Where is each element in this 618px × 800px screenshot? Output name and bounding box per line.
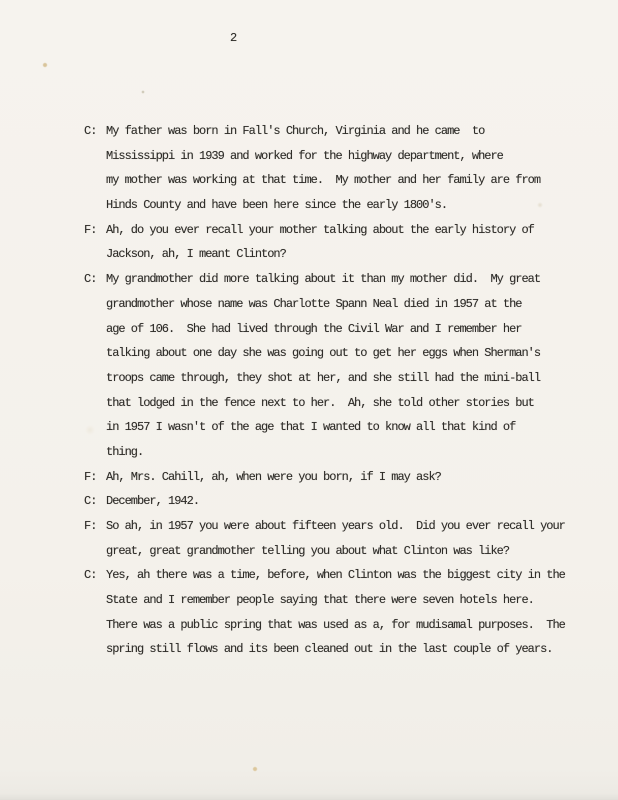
- transcript-entry: C: December, 1942.: [84, 489, 584, 514]
- transcript-line: Ah, do you ever recall your mother talki…: [106, 218, 584, 243]
- transcript-line: great, great grandmother telling you abo…: [106, 539, 584, 564]
- speaker-label: F:: [84, 218, 106, 243]
- speaker-label: F:: [84, 465, 106, 490]
- speaker-label: C:: [84, 489, 106, 514]
- entry-lines: So ah, in 1957 you were about fifteen ye…: [106, 514, 584, 563]
- transcript-line: age of 106. She had lived through the Ci…: [106, 317, 584, 342]
- speaker-label: C:: [84, 267, 106, 292]
- transcript-entry: F: Ah, Mrs. Cahill, ah, when were you bo…: [84, 465, 584, 490]
- transcript-line: that lodged in the fence next to her. Ah…: [106, 391, 584, 416]
- transcript-line: talking about one day she was going out …: [106, 341, 584, 366]
- transcript-line: So ah, in 1957 you were about fifteen ye…: [106, 514, 584, 539]
- transcript-line: Ah, Mrs. Cahill, ah, when were you born,…: [106, 465, 584, 490]
- transcript-entry: C: My father was born in Fall's Church, …: [84, 119, 584, 218]
- page-number: 2: [230, 30, 236, 46]
- transcript-line: grandmother whose name was Charlotte Spa…: [106, 292, 584, 317]
- transcript-line: My father was born in Fall's Church, Vir…: [106, 119, 584, 144]
- transcript-body: C: My father was born in Fall's Church, …: [84, 119, 584, 662]
- transcript-entry: C: Yes, ah there was a time, before, whe…: [84, 563, 584, 662]
- speaker-label: F:: [84, 514, 106, 539]
- transcript-line: my mother was working at that time. My m…: [106, 168, 584, 193]
- transcript-line: My grandmother did more talking about it…: [106, 267, 584, 292]
- transcript-line: in 1957 I wasn't of the age that I wante…: [106, 415, 584, 440]
- page-bottom-edge: [0, 793, 618, 800]
- speaker-label: C:: [84, 563, 106, 588]
- entry-lines: Yes, ah there was a time, before, when C…: [106, 563, 584, 662]
- scanned-page: 2 C: My father was born in Fall's Church…: [0, 0, 618, 800]
- transcript-line: December, 1942.: [106, 489, 584, 514]
- transcript-line: thing.: [106, 440, 584, 465]
- transcript-line: troops came through, they shot at her, a…: [106, 366, 584, 391]
- transcript-line: Hinds County and have been here since th…: [106, 193, 584, 218]
- entry-lines: December, 1942.: [106, 489, 584, 514]
- transcript-line: spring still flows and its been cleaned …: [106, 637, 584, 662]
- entry-lines: My father was born in Fall's Church, Vir…: [106, 119, 584, 218]
- transcript-line: There was a public spring that was used …: [106, 613, 584, 638]
- entry-lines: Ah, Mrs. Cahill, ah, when were you born,…: [106, 465, 584, 490]
- entry-lines: My grandmother did more talking about it…: [106, 267, 584, 465]
- speaker-label: C:: [84, 119, 106, 144]
- transcript-line: State and I remember people saying that …: [106, 588, 584, 613]
- entry-lines: Ah, do you ever recall your mother talki…: [106, 218, 584, 267]
- transcript-line: Yes, ah there was a time, before, when C…: [106, 563, 584, 588]
- transcript-entry: F: Ah, do you ever recall your mother ta…: [84, 218, 584, 267]
- transcript-entry: F: So ah, in 1957 you were about fifteen…: [84, 514, 584, 563]
- transcript-line: Mississippi in 1939 and worked for the h…: [106, 144, 584, 169]
- transcript-entry: C: My grandmother did more talking about…: [84, 267, 584, 465]
- transcript-line: Jackson, ah, I meant Clinton?: [106, 242, 584, 267]
